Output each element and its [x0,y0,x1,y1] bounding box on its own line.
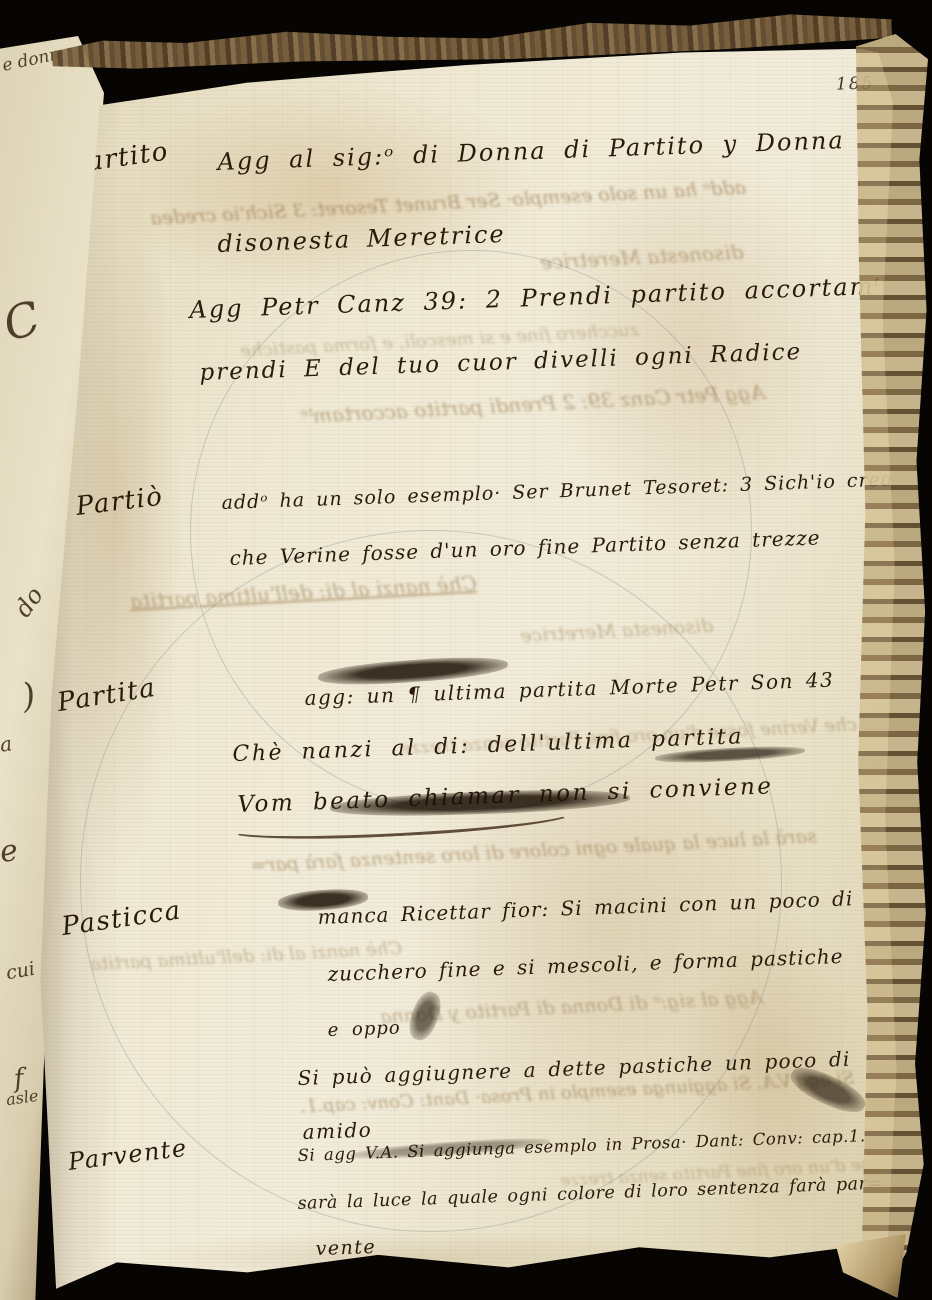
entry-line: Agg al sig:ᵒ di Donna di Partito y Donna [217,126,845,176]
gutter-text-fragment: C [0,290,46,352]
gutter-text-fragment: a [0,731,14,756]
entry-line: vente [315,1236,376,1260]
gutter-text-fragment: ) [19,675,39,717]
entry-line: amido [302,1118,372,1144]
gutter-text-fragment: cui [4,958,36,985]
entry-headword: Parvente [67,1134,189,1176]
gutter-text-fragment: asle [5,1086,40,1109]
gutter-text-fragment: do [9,582,49,622]
page-deckle-edge [856,34,928,1290]
entry-line: e oppo [327,1017,401,1041]
gutter-text-fragment: e [0,833,20,870]
entry-headword: Partiò [74,482,165,522]
bleedthrough-text: disonesta Meretrice [540,240,745,275]
manuscript-page: addᵒ ha un solo esemplo· Ser Brunet Teso… [30,40,900,1295]
manuscript-photograph: e donn C do ) a e cui f asle addᵒ ha un … [0,0,932,1300]
